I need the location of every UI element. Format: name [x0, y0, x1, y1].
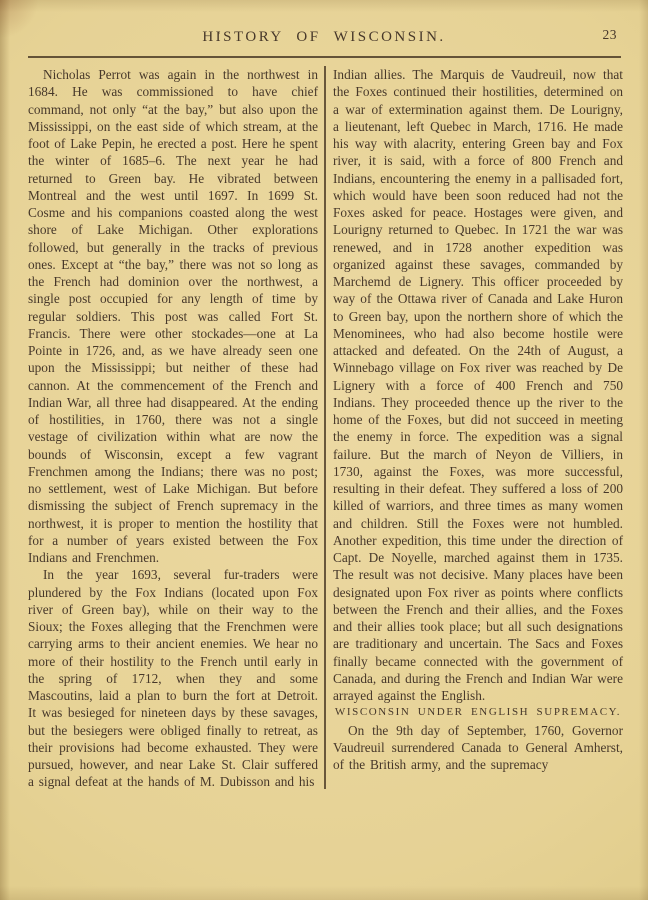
left-column: Nicholas Perrot was again in the northwe…	[28, 66, 324, 791]
paragraph: Indian allies. The Marquis de Vaudreuil,…	[333, 66, 623, 704]
column-divider-rule	[324, 66, 326, 789]
text-columns: Nicholas Perrot was again in the northwe…	[0, 58, 648, 791]
page-number: 23	[603, 27, 618, 43]
page-header: ’ HISTORY OF WISCONSIN. 23	[0, 0, 648, 56]
paragraph: On the 9th day of September, 1760, Gover…	[333, 722, 623, 774]
paragraph: Nicholas Perrot was again in the northwe…	[28, 66, 318, 566]
header-rule	[28, 56, 621, 58]
page-title: HISTORY OF WISCONSIN.	[0, 29, 648, 46]
section-heading: WISCONSIN UNDER ENGLISH SUPREMACY.	[333, 704, 623, 721]
book-page: ’ HISTORY OF WISCONSIN. 23 Nicholas Perr…	[0, 0, 648, 900]
right-column: Indian allies. The Marquis de Vaudreuil,…	[326, 66, 623, 791]
paragraph: In the year 1693, several fur-traders we…	[28, 566, 318, 790]
